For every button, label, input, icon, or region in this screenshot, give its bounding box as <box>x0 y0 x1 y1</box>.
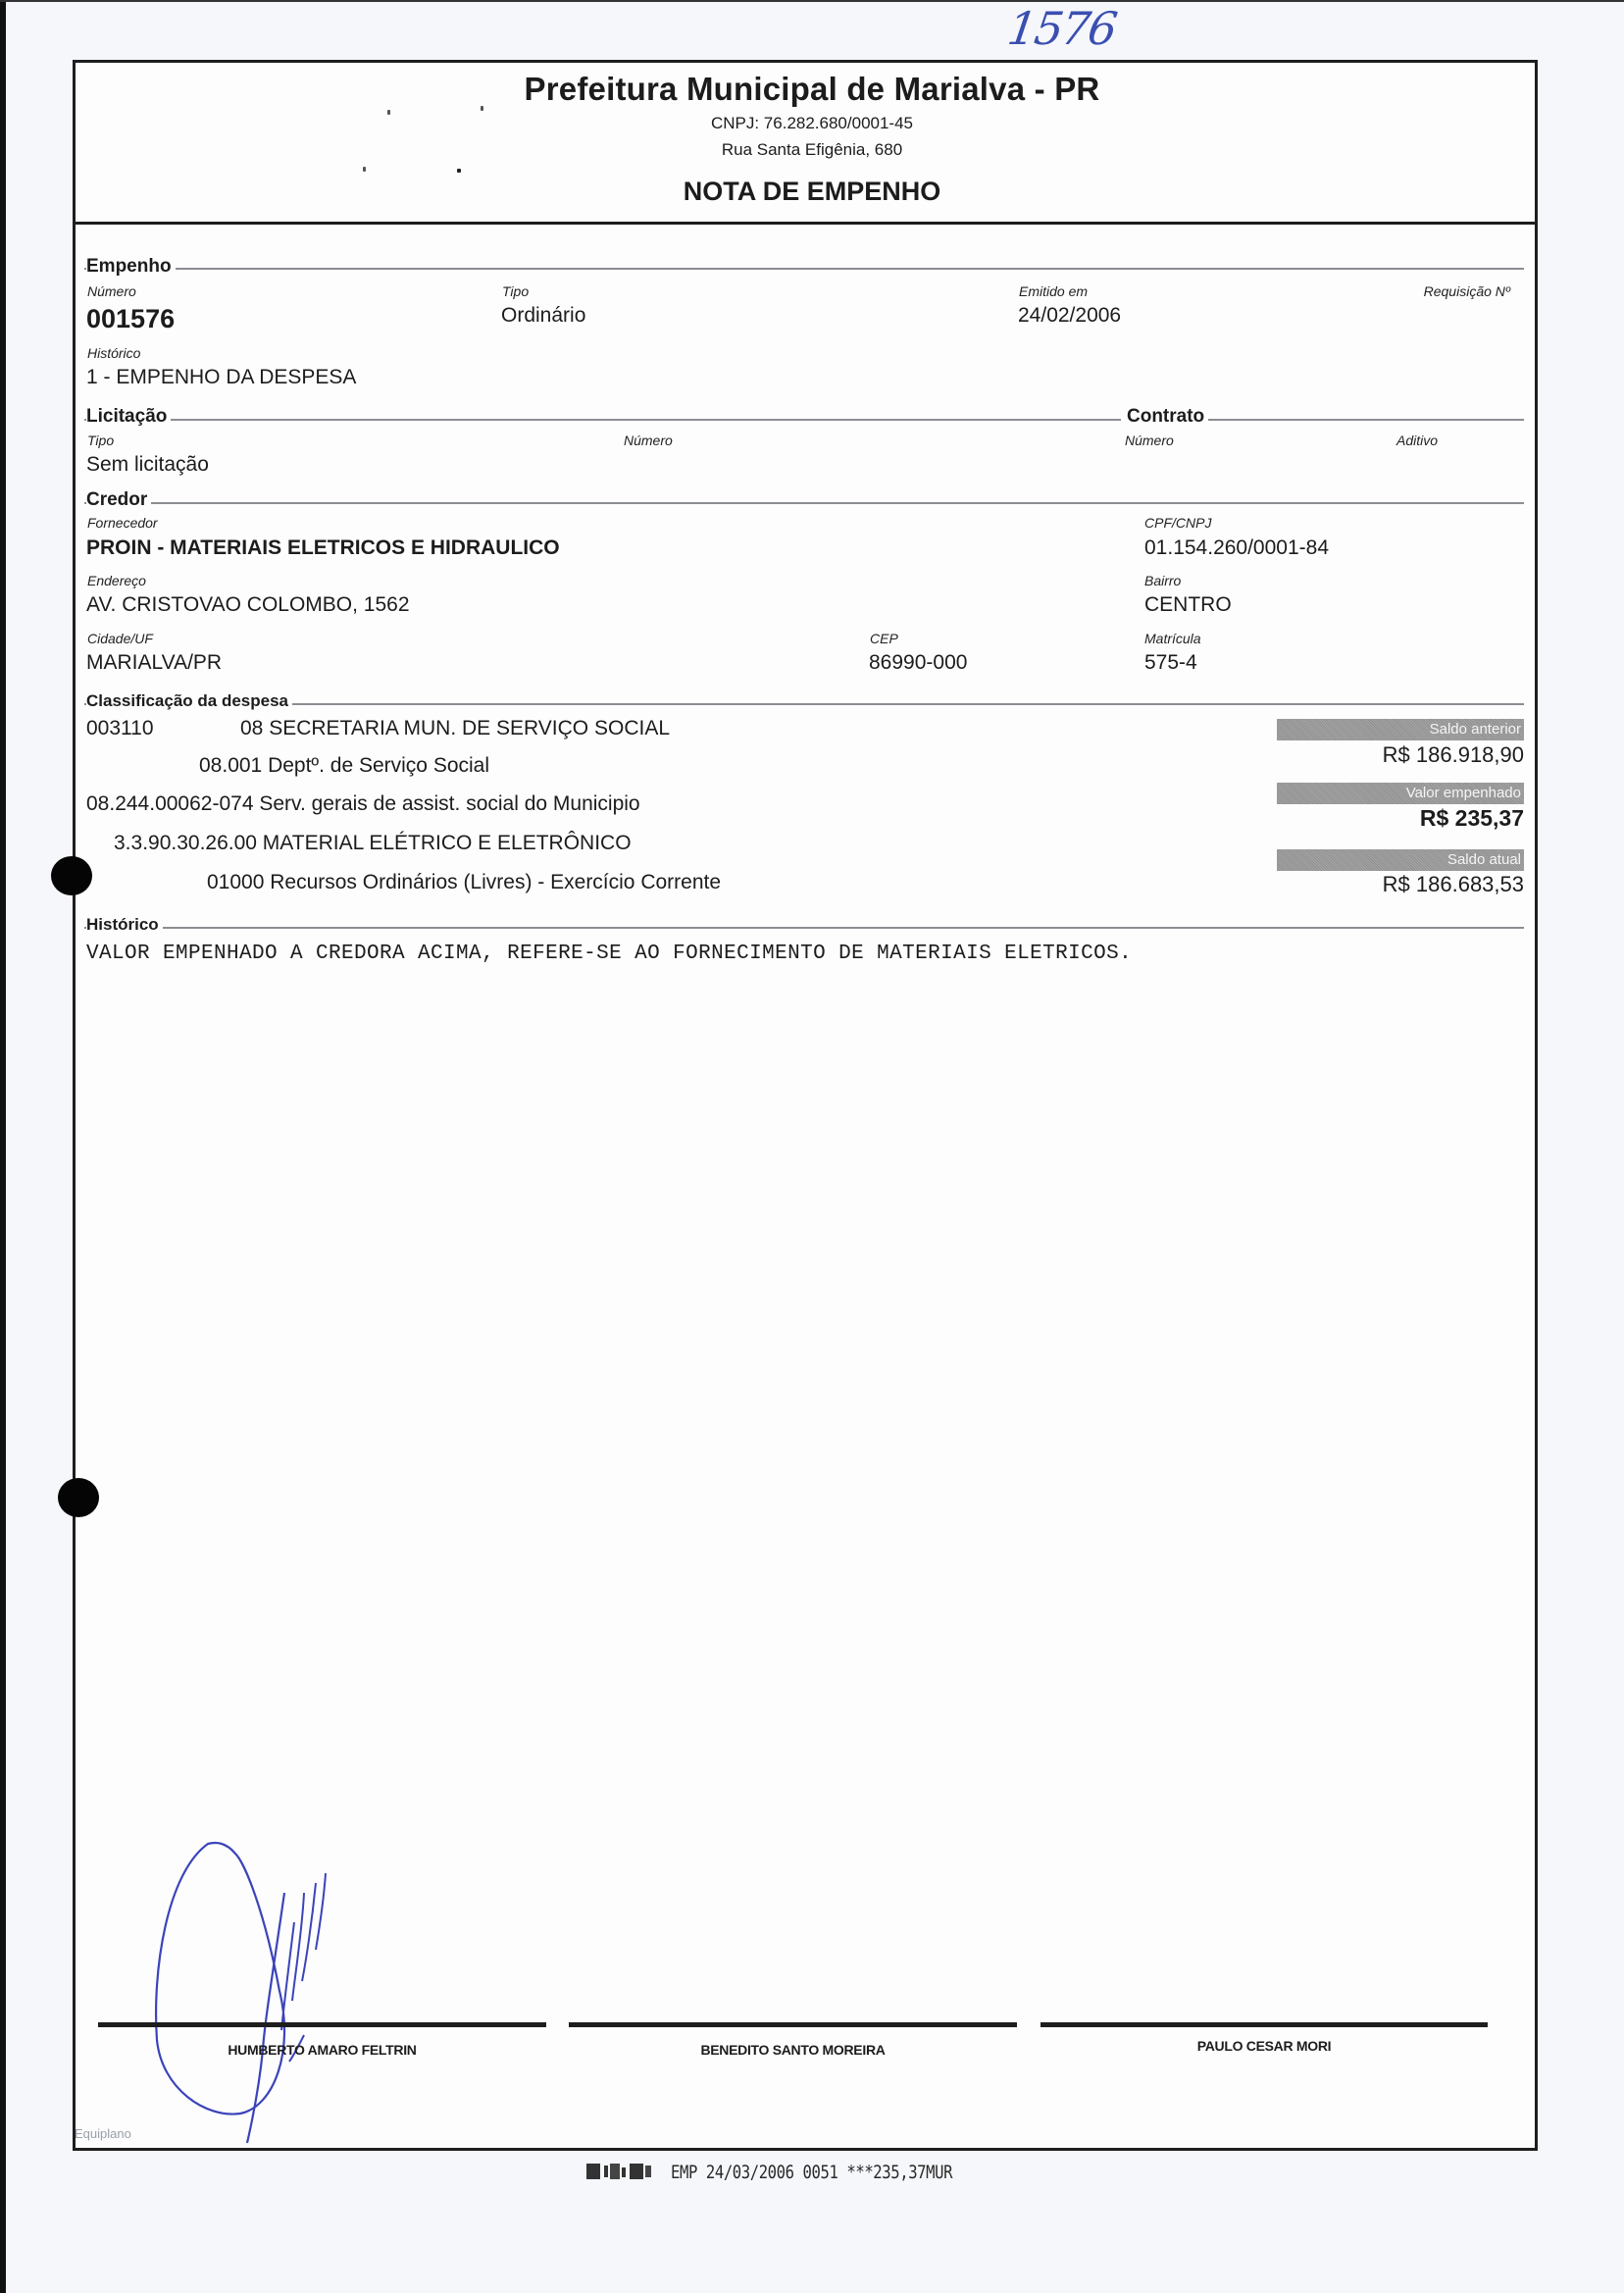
section-title-historico: Histórico <box>86 915 163 935</box>
document-title: NOTA DE EMPENHO <box>0 177 1624 207</box>
scan-speck <box>457 169 461 173</box>
fornecedor-cnpj: 01.154.260/0001-84 <box>1144 536 1329 560</box>
classificacao-orgao: 08 SECRETARIA MUN. DE SERVIÇO SOCIAL <box>240 717 670 740</box>
organization-cnpj: CNPJ: 76.282.680/0001-45 <box>0 114 1624 133</box>
historico-texto: VALOR EMPENHADO A CREDORA ACIMA, REFERE-… <box>86 943 1132 965</box>
signatory-name: BENEDITO SANTO MOREIRA <box>569 2042 1017 2058</box>
handwritten-number: 1576 <box>1004 2 1119 55</box>
valor-empenhado-value: R$ 235,37 <box>1420 805 1524 832</box>
contrato-numero-label: Número <box>1125 433 1174 448</box>
section-title-empenho: Empenho <box>86 256 176 278</box>
stamp-logo-icon <box>586 2162 659 2181</box>
authentication-stamp: EMP 24/03/2006 0051 ***235,37MUR <box>671 2162 952 2183</box>
emitido-label: Emitido em <box>1019 283 1088 299</box>
section-rule <box>84 927 1524 929</box>
fornecedor-cep: 86990-000 <box>869 651 967 675</box>
saldo-anterior-value: R$ 186.918,90 <box>1383 742 1524 768</box>
fornecedor-label: Fornecedor <box>87 515 158 531</box>
cidade-label: Cidade/UF <box>87 631 153 646</box>
scan-speck <box>363 167 366 172</box>
classificacao-recurso: 01000 Recursos Ordinários (Livres) - Exe… <box>207 871 721 894</box>
licitacao-tipo: Sem licitação <box>86 453 209 477</box>
licitacao-numero-label: Número <box>624 433 673 448</box>
endereco-label: Endereço <box>87 573 146 588</box>
fornecedor-cidade: MARIALVA/PR <box>86 651 222 675</box>
empenho-data: 24/02/2006 <box>1018 304 1121 328</box>
empenho-numero: 001576 <box>86 304 175 334</box>
signature-ink-icon <box>147 1834 441 2148</box>
classificacao-unidade: 08.001 Deptº. de Serviço Social <box>199 754 489 778</box>
cpf-cnpj-label: CPF/CNPJ <box>1144 515 1211 531</box>
signature-line <box>98 2022 546 2027</box>
saldo-atual-label: Saldo atual <box>1277 849 1524 871</box>
section-title-contrato: Contrato <box>1121 406 1208 428</box>
licitacao-tipo-label: Tipo <box>87 433 114 448</box>
software-brand: Equiplano <box>75 2126 131 2141</box>
section-rule <box>84 502 1524 504</box>
signature-line <box>1040 2022 1488 2027</box>
saldo-anterior-label: Saldo anterior <box>1277 719 1524 740</box>
signatory-name: HUMBERTO AMARO FELTRIN <box>98 2042 546 2058</box>
empenho-historico: 1 - EMPENHO DA DESPESA <box>86 366 356 389</box>
section-rule <box>84 703 1524 705</box>
section-title-licitacao: Licitação <box>86 406 171 428</box>
fornecedor-nome: PROIN - MATERIAIS ELETRICOS E HIDRAULICO <box>86 536 560 560</box>
bairro-label: Bairro <box>1144 573 1181 588</box>
section-rule <box>84 419 1524 421</box>
valor-empenhado-label: Valor empenhado <box>1277 783 1524 804</box>
historico-label: Histórico <box>87 345 140 361</box>
contrato-aditivo-label: Aditivo <box>1396 433 1438 448</box>
cep-label: CEP <box>870 631 898 646</box>
hole-punch <box>58 1478 99 1517</box>
header-divider <box>73 222 1538 225</box>
tipo-label: Tipo <box>502 283 529 299</box>
signatory-name: PAULO CESAR MORI <box>1040 2038 1488 2054</box>
organization-address: Rua Santa Efigênia, 680 <box>0 140 1624 160</box>
requisicao-label: Requisição Nº <box>1424 283 1510 299</box>
numero-label: Número <box>87 283 136 299</box>
classificacao-funcional: 08.244.00062-074 Serv. gerais de assist.… <box>86 792 640 816</box>
fornecedor-matricula: 575-4 <box>1144 651 1197 675</box>
scan-edge-top <box>0 0 1624 2</box>
saldo-atual-value: R$ 186.683,53 <box>1383 872 1524 897</box>
fornecedor-endereco: AV. CRISTOVAO COLOMBO, 1562 <box>86 593 410 617</box>
empenho-tipo: Ordinário <box>501 304 585 328</box>
fornecedor-bairro: CENTRO <box>1144 593 1232 617</box>
organization-name: Prefeitura Municipal de Marialva - PR <box>0 71 1624 108</box>
section-title-credor: Credor <box>86 489 151 511</box>
matricula-label: Matrícula <box>1144 631 1201 646</box>
signature-line <box>569 2022 1017 2027</box>
section-rule <box>84 268 1524 270</box>
classificacao-codigo: 003110 <box>86 717 154 740</box>
hole-punch <box>51 856 92 895</box>
classificacao-elemento: 3.3.90.30.26.00 MATERIAL ELÉTRICO E ELET… <box>114 832 632 855</box>
section-title-classificacao: Classificação da despesa <box>86 691 292 711</box>
scan-edge <box>0 0 6 2293</box>
